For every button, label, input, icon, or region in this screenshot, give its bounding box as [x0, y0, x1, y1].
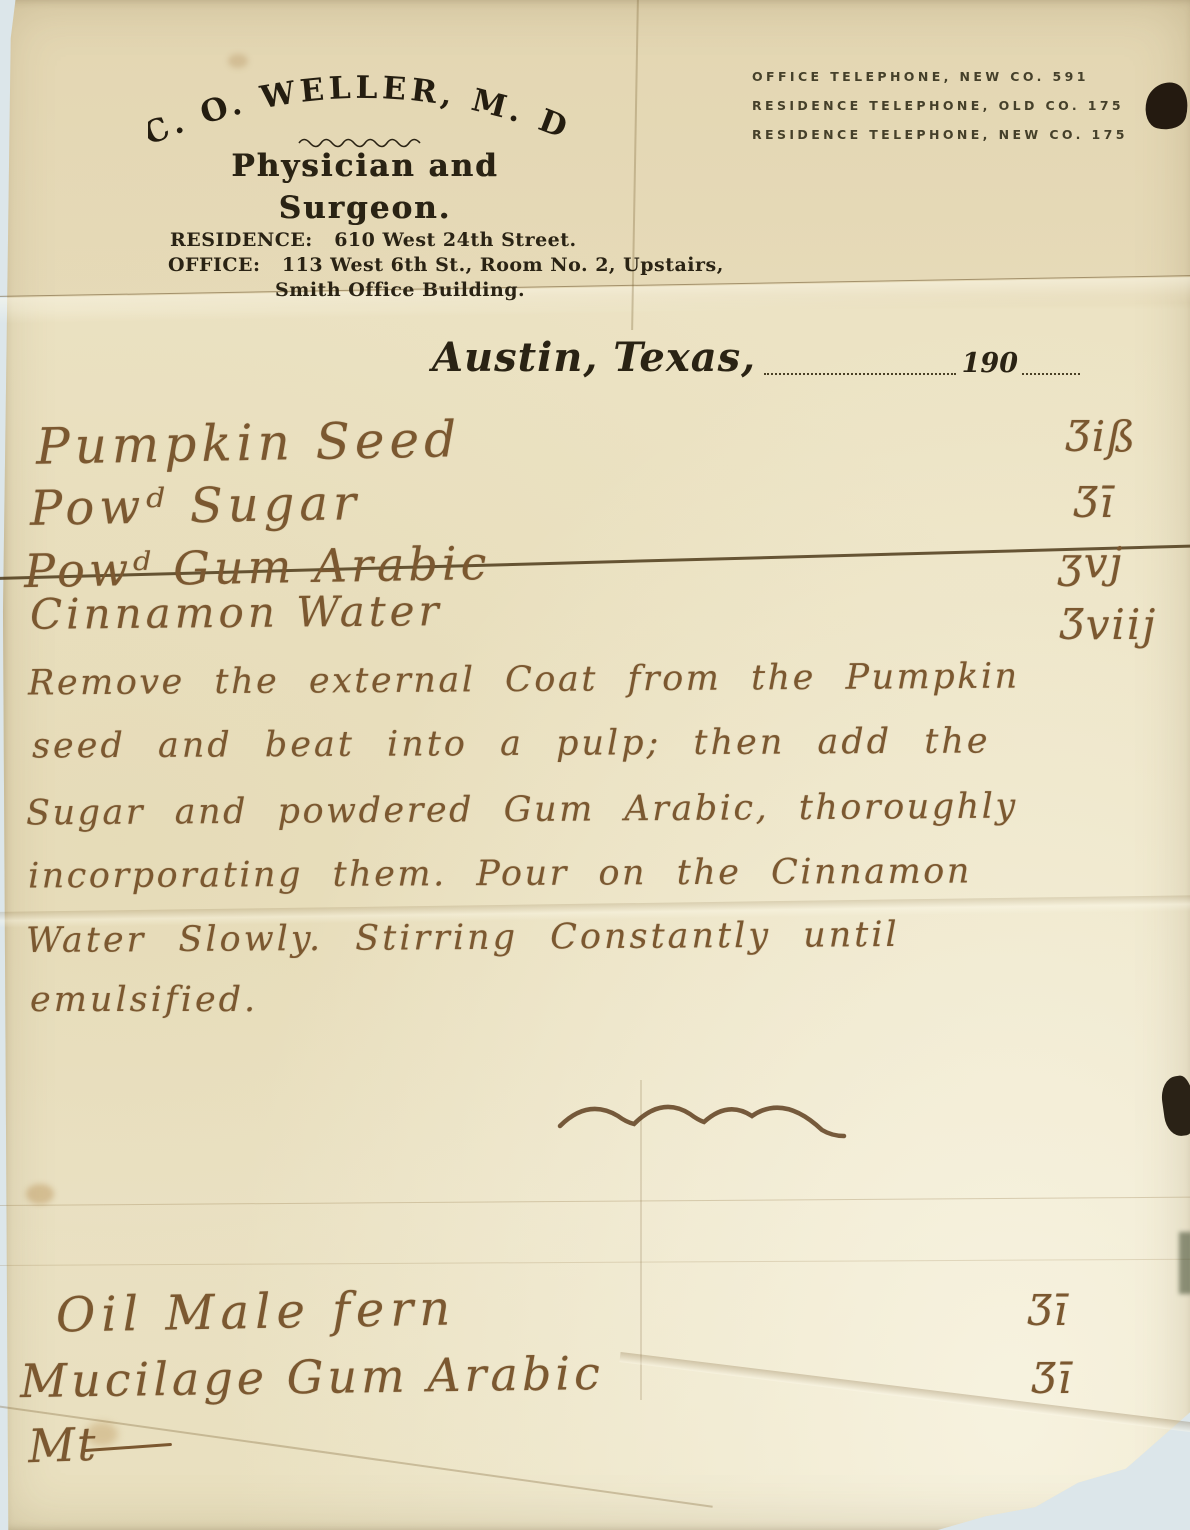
- dateline-fill-rule: [764, 343, 956, 375]
- residence-value: 610 West 24th Street.: [334, 229, 576, 251]
- office-label: OFFICE:: [168, 254, 261, 276]
- ingredient-qty: Ʒī: [1032, 1354, 1073, 1403]
- phone-line-1: OFFICE TELEPHONE, NEW CO. 591: [752, 62, 1128, 91]
- ingredient-qty: Ʒviij: [1060, 600, 1157, 649]
- dateline-year: 190: [962, 348, 1018, 379]
- residence-line: RESIDENCE: 610 West 24th Street.: [170, 229, 577, 251]
- ingredient-qty: Ʒī: [1028, 1286, 1069, 1335]
- phone-line-2: RESIDENCE TELEPHONE, OLD CO. 175: [752, 91, 1128, 120]
- flourish-separator-icon: [552, 1082, 852, 1152]
- ingredient-name: Mucilage Gum Arabic: [20, 1346, 604, 1408]
- residence-label: RESIDENCE:: [170, 229, 313, 251]
- directions-line: seed and beat into a pulp; then add the: [32, 721, 991, 766]
- directions-line: Remove the external Coat from the Pumpki…: [28, 657, 1020, 704]
- profession-line-1: Physician and: [150, 148, 580, 184]
- ingredient-qty: Ʒiß: [1066, 412, 1137, 461]
- wavy-rule-icon: [296, 134, 436, 148]
- office-line-2: Smith Office Building.: [275, 279, 525, 301]
- ingredient-name: Powᵈ Sugar: [30, 475, 362, 537]
- directions-line: Water Slowly. Stirring Constantly until: [26, 915, 900, 961]
- directions-line: incorporating them. Pour on the Cinnamon: [28, 852, 972, 897]
- profession-line-2: Surgeon.: [150, 190, 580, 226]
- directions-line: emulsified.: [30, 980, 258, 1020]
- ingredient-qty: Ʒī: [1074, 478, 1115, 527]
- phone-line-3: RESIDENCE TELEPHONE, NEW CO. 175: [752, 120, 1128, 149]
- ingredient-name: Oil Male fern: [56, 1281, 457, 1344]
- ingredient-name: Pumpkin Seed: [36, 410, 462, 475]
- scanned-prescription-document: C. O. WELLER, M. D. Physician and Surgeo…: [0, 0, 1190, 1530]
- office-line: OFFICE: 113 West 6th St., Room No. 2, Up…: [168, 254, 724, 276]
- ingredient-qty: ʒvj: [1058, 538, 1124, 587]
- office-value: 113 West 6th St., Room No. 2, Upstairs,: [282, 254, 724, 276]
- dateline-place: Austin, Texas,: [432, 334, 756, 381]
- signa-mark: Mt: [27, 1417, 98, 1473]
- dateline: Austin, Texas, 190: [432, 334, 1080, 381]
- directions-line: Sugar and powdered Gum Arabic, thoroughl…: [26, 787, 1018, 834]
- telephone-block: OFFICE TELEPHONE, NEW CO. 591 RESIDENCE …: [752, 62, 1128, 149]
- ingredient-name: Cinnamon Water: [30, 586, 443, 639]
- dateline-year-rule: [1022, 343, 1080, 375]
